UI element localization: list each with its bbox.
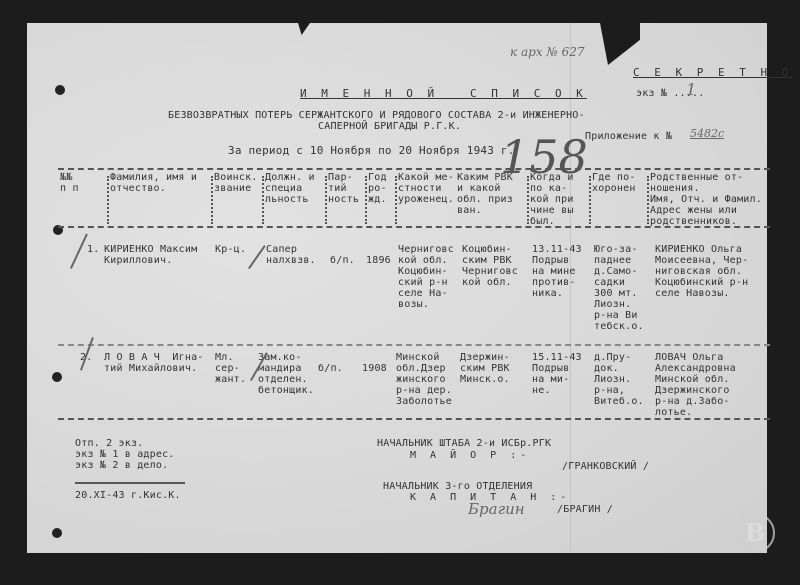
signature2-name: /БРАГИН / (557, 504, 613, 515)
col-header-when: Когда и по ка- кой при чине вы был. (530, 172, 574, 227)
signature1-rank: М А Й О Р :- (410, 450, 530, 461)
row-num: 1. (87, 244, 99, 255)
row-buried: д.Пру- док. Лиозн. р-на, Витеб.о. (594, 352, 644, 407)
row-buried: Юго-за- паднее д.Само- садки 300 мт. Лио… (594, 244, 644, 332)
row-when: 15.11-43 Подрыв на ми- не. (532, 352, 582, 396)
appendix-label: Приложение к № (585, 131, 672, 142)
copy-number-handwritten: 1 (686, 80, 696, 99)
reporting-period: За период с 10 Ноября по 20 Ноября 1943 … (228, 145, 515, 156)
col-separator (589, 176, 591, 224)
row-party: б/п. (318, 363, 343, 374)
col-header-position: Должн. и специа льность (265, 172, 315, 205)
signature1-name: /ГРАНКОВСКИЙ / (562, 461, 649, 472)
col-header-origin: Какой ме- стности уроженец. (398, 172, 454, 205)
col-separator (647, 176, 649, 224)
row-rank: Кр-ц. (215, 244, 246, 255)
punch-hole (52, 528, 62, 538)
col-header-relatives: Родственные от- ношения. Имя, Отч. и Фам… (650, 172, 762, 227)
classification-label: С Е К Р Е Т Н О (633, 67, 792, 78)
document-title: И М Е Н Н О Й С П И С О К (300, 88, 587, 99)
col-header-year: Год ро- жд. (368, 172, 387, 205)
punch-hole (52, 372, 62, 382)
row-origin: Черниговс кой обл. Коцюбин- ский р-н сел… (398, 244, 454, 310)
col-header-rvk: Каким РВК и какой обл. приз ван. (457, 172, 513, 216)
row-rvk: Коцюбин- ским РВК Черниговс кой обл. (462, 244, 518, 288)
signature2-title: НАЧАЛЬНИК 3-го ОТДЕЛЕНИЯ (383, 481, 532, 492)
row-when: 13.11-43 Подрыв на мине против- ника. (532, 244, 582, 299)
col-header-rank: Воинск. звание (214, 172, 258, 194)
table-bottom-rule (58, 418, 770, 420)
col-separator (211, 176, 213, 224)
table-top-rule (58, 168, 770, 170)
row-year: 1908 (362, 363, 387, 374)
col-header-party: Пар- тий ность (328, 172, 359, 205)
col-header-num: №№ п п (60, 172, 79, 194)
date-reference: 20.XI-43 г.Кис.К. (75, 490, 181, 501)
row-relatives: ЛОВАЧ Ольга Александровна Минской обл. Д… (655, 352, 736, 418)
col-separator (365, 176, 367, 224)
copies-note: Отп. 2 экз. экз № 1 в адрес. экз № 2 в д… (75, 438, 175, 471)
row-name: КИРИЕНКО Максим Кириллович. (104, 244, 197, 266)
row-divider (58, 344, 770, 346)
col-header-buried: Где по- хоронен (592, 172, 636, 194)
archive-stamp-handwritten: к арх № 627 (510, 45, 584, 59)
row-rank: Мл. сер- жант. (215, 352, 246, 385)
col-separator (107, 176, 109, 224)
col-separator (527, 176, 529, 224)
punch-hole (55, 85, 65, 95)
row-rvk: Дзержин- ским РВК Минск.о. (460, 352, 510, 385)
appendix-number: 5482с (690, 127, 724, 140)
row-year: 1896 (366, 255, 391, 266)
footer-rule (75, 482, 185, 484)
signature2-handwritten: Брагин (468, 500, 525, 518)
row-position: Сапер налхвзв. (266, 244, 316, 266)
document-subtitle-line2: САПЕРНОЙ БРИГАДЫ Р.Г.К. (318, 121, 461, 132)
row-origin: Минской обл.Дзер жинского р-на дер. Забо… (396, 352, 452, 407)
col-separator (325, 176, 327, 224)
col-separator (262, 176, 264, 224)
document-subtitle-line1: БЕЗВОЗВРАТНЫХ ПОТЕРЬ СЕРЖАНТСКОГО И РЯДО… (168, 110, 585, 121)
col-separator (395, 176, 397, 224)
row-relatives: КИРИЕНКО Ольга Моисеевна, Чер- ниговская… (655, 244, 748, 299)
row-name: Л О В А Ч Игна- тий Михайлович. (104, 352, 204, 374)
signature1-title: НАЧАЛЬНИК ШТАБА 2-и ИСБр.РГК (377, 438, 551, 449)
col-header-name: Фамилия, имя и отчество. (110, 172, 197, 194)
row-party: б/п. (330, 255, 355, 266)
archive-watermark-logo: В (735, 513, 775, 553)
row-position: Зам.ко- мандира отделен. бетонщик. (258, 352, 314, 396)
